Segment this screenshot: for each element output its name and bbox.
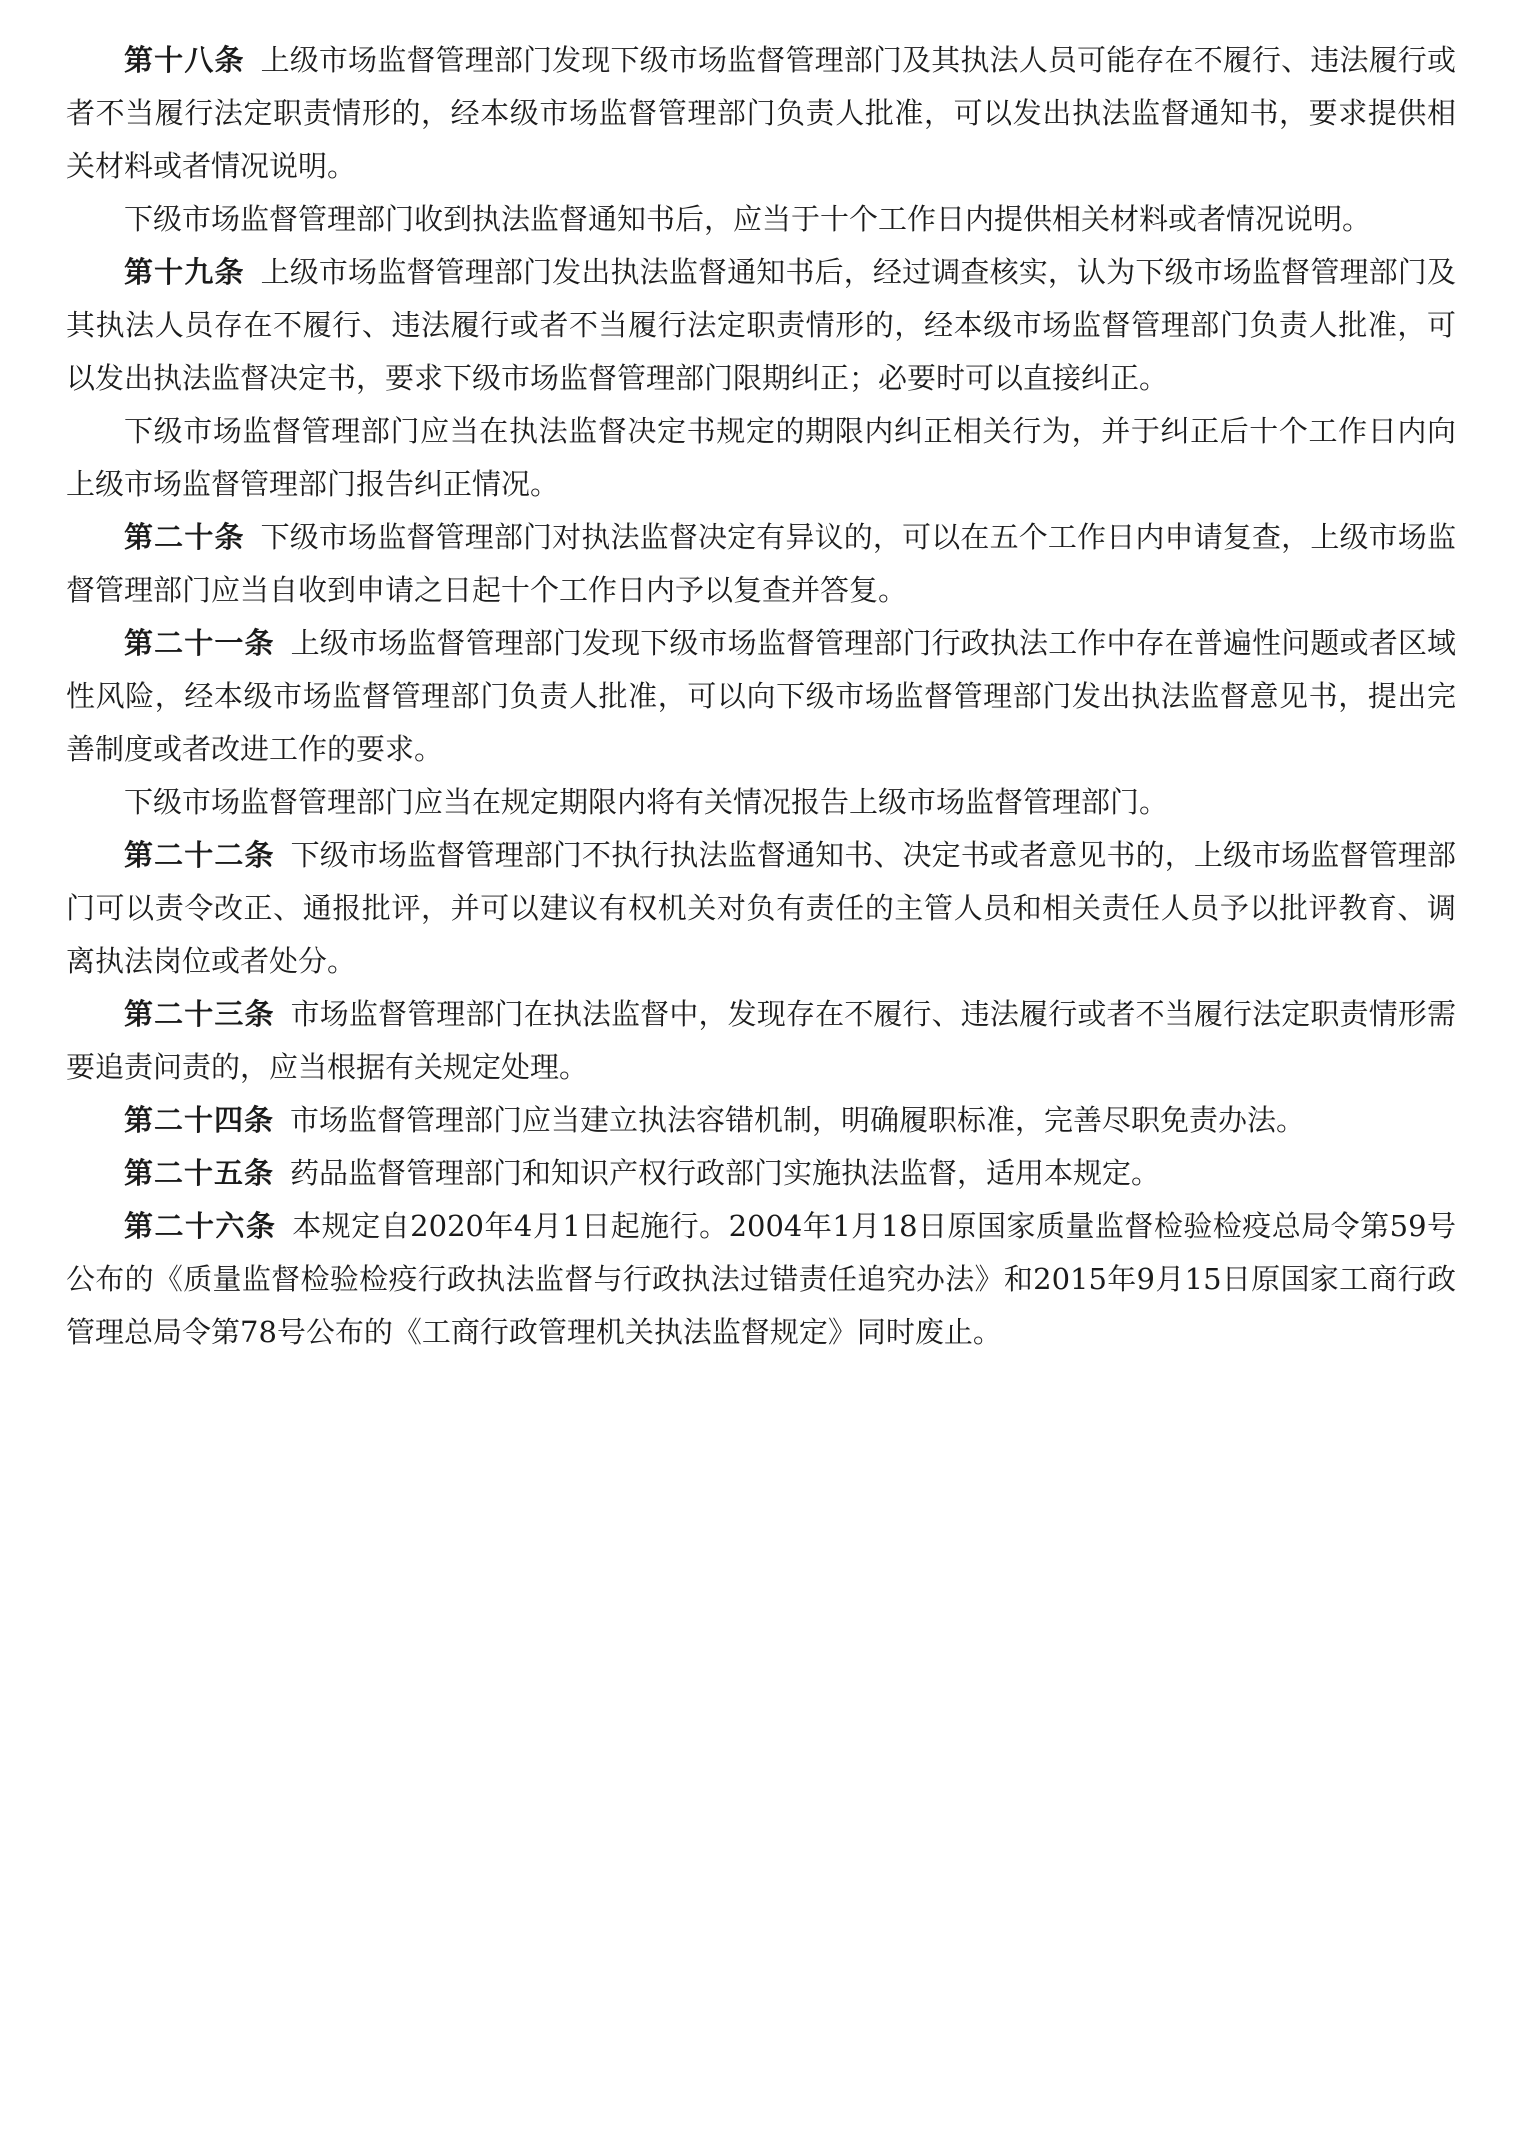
paragraph-article-18: 第十八条上级市场监督管理部门发现下级市场监督管理部门及其执法人员可能存在不履行、…	[66, 34, 1456, 193]
article-number: 第二十一条	[124, 626, 275, 660]
paragraph-text: 下级市场监督管理部门应当在执法监督决定书规定的期限内纠正相关行为，并于纠正后十个…	[66, 414, 1456, 501]
paragraph-text: 市场监督管理部门应当建立执法容错机制，明确履职标准，完善尽职免责办法。	[290, 1103, 1305, 1137]
paragraph-article-19-clause-2: 下级市场监督管理部门应当在执法监督决定书规定的期限内纠正相关行为，并于纠正后十个…	[66, 405, 1456, 511]
paragraph-text: 上级市场监督管理部门发现下级市场监督管理部门及其执法人员可能存在不履行、违法履行…	[66, 43, 1456, 183]
paragraph-text: 药品监督管理部门和知识产权行政部门实施执法监督，适用本规定。	[290, 1156, 1160, 1190]
paragraph-article-19: 第十九条上级市场监督管理部门发出执法监督通知书后，经过调查核实，认为下级市场监督…	[66, 246, 1456, 405]
paragraph-article-22: 第二十二条下级市场监督管理部门不执行执法监督通知书、决定书或者意见书的，上级市场…	[66, 829, 1456, 988]
paragraph-article-20: 第二十条下级市场监督管理部门对执法监督决定有异议的，可以在五个工作日内申请复查，…	[66, 511, 1456, 617]
paragraph-article-26: 第二十六条本规定自2020年4月1日起施行。2004年1月18日原国家质量监督检…	[66, 1200, 1456, 1359]
document-page: 第十八条上级市场监督管理部门发现下级市场监督管理部门及其执法人员可能存在不履行、…	[0, 0, 1520, 2150]
article-number: 第二十五条	[124, 1156, 274, 1190]
paragraph-article-18-clause-2: 下级市场监督管理部门收到执法监督通知书后，应当于十个工作日内提供相关材料或者情况…	[66, 193, 1456, 246]
paragraph-text: 下级市场监督管理部门应当在规定期限内将有关情况报告上级市场监督管理部门。	[124, 785, 1168, 819]
paragraph-article-25: 第二十五条药品监督管理部门和知识产权行政部门实施执法监督，适用本规定。	[66, 1147, 1456, 1200]
paragraph-article-24: 第二十四条市场监督管理部门应当建立执法容错机制，明确履职标准，完善尽职免责办法。	[66, 1094, 1456, 1147]
paragraph-text: 下级市场监督管理部门收到执法监督通知书后，应当于十个工作日内提供相关材料或者情况…	[124, 202, 1371, 236]
article-number: 第十九条	[124, 255, 245, 289]
paragraph-article-21: 第二十一条上级市场监督管理部门发现下级市场监督管理部门行政执法工作中存在普遍性问…	[66, 617, 1456, 776]
article-number: 第二十三条	[124, 997, 275, 1031]
paragraph-article-23: 第二十三条市场监督管理部门在执法监督中，发现存在不履行、违法履行或者不当履行法定…	[66, 988, 1456, 1094]
paragraph-text: 上级市场监督管理部门发出执法监督通知书后，经过调查核实，认为下级市场监督管理部门…	[66, 255, 1456, 395]
article-number: 第二十六条	[124, 1209, 276, 1243]
article-number: 第二十条	[124, 520, 245, 554]
article-number: 第十八条	[124, 43, 245, 77]
article-number: 第二十二条	[124, 838, 275, 872]
paragraph-article-21-clause-2: 下级市场监督管理部门应当在规定期限内将有关情况报告上级市场监督管理部门。	[66, 776, 1456, 829]
paragraph-text: 下级市场监督管理部门对执法监督决定有异议的，可以在五个工作日内申请复查，上级市场…	[66, 520, 1456, 607]
article-number: 第二十四条	[124, 1103, 274, 1137]
